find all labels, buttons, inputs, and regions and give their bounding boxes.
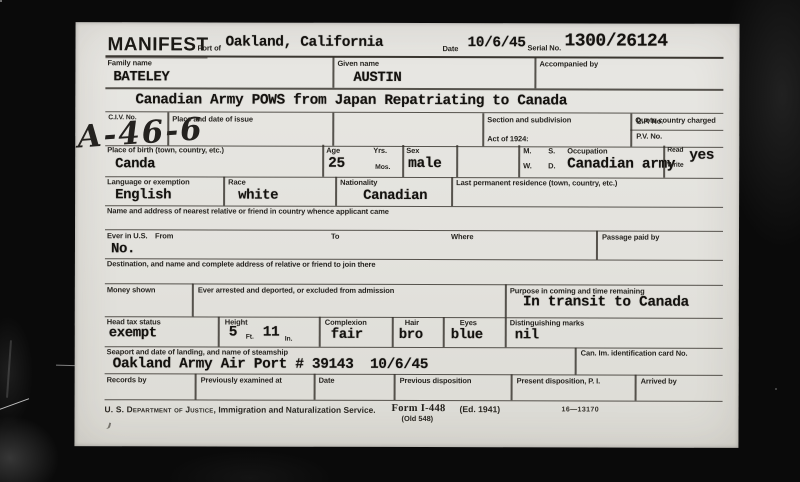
- language-value: English: [115, 187, 171, 203]
- marks-value: nil: [515, 327, 539, 343]
- complexion-value: fair: [331, 327, 363, 343]
- footer-agency-dept: U. S. Department of Justice,: [105, 404, 216, 414]
- hair-value: bro: [399, 327, 423, 343]
- footer-form-number: Form I-448: [392, 403, 446, 414]
- footer-print-code: 16—13170: [562, 406, 599, 413]
- footer-edition: (Ed. 1941): [460, 404, 501, 414]
- form-title: MANIFEST: [107, 34, 208, 56]
- read-write-value: yes: [689, 148, 714, 164]
- head-tax-value: exempt: [109, 325, 157, 341]
- nationality-value: Canadian: [363, 188, 427, 204]
- marks-label: Distinguishing marks: [510, 318, 584, 327]
- previous-disposition-label: Previous disposition: [400, 376, 472, 385]
- manifest-card: A-46-6 MANIFEST Port of Oakland, Califor…: [74, 22, 739, 448]
- ever-in-us-label: Ever in U.S.: [107, 231, 148, 240]
- place-issue-label: Place and date of issue: [172, 114, 253, 123]
- name-row: Family name BATELEY Given name AUSTIN Ac…: [105, 56, 723, 91]
- where-label: Where: [451, 232, 473, 241]
- destination-row: Destination, and name and complete addre…: [105, 258, 723, 286]
- arrested-label: Ever arrested and deported, or excluded …: [198, 285, 394, 295]
- date-value: 10/6/45: [467, 35, 525, 51]
- purpose-value: In transit to Canada: [523, 294, 689, 310]
- place-birth-label: Place of birth (town, country, etc.): [107, 145, 224, 154]
- given-name-label: Given name: [337, 59, 379, 68]
- height-ft-value: 5: [229, 325, 237, 341]
- ever-in-us-row: Ever in U.S. From To Where Passage paid …: [105, 229, 723, 261]
- mos-label: Mos.: [375, 164, 390, 171]
- read-label: Read: [667, 147, 683, 154]
- occupation-value: Canadian army: [567, 156, 675, 172]
- accompanied-by-label: Accompanied by: [539, 59, 598, 68]
- d-label: D.: [548, 161, 555, 170]
- date-label: Date: [442, 44, 458, 53]
- photo-background: A-46-6 MANIFEST Port of Oakland, Califor…: [0, 0, 800, 482]
- seaport-label: Seaport and date of landing, and name of…: [107, 347, 288, 356]
- act-1924-label: Act of 1924:: [487, 134, 528, 143]
- can-im-card-label: Can. Im. identification card No.: [581, 348, 688, 357]
- money-row: Money shown Ever arrested and deported, …: [105, 283, 723, 319]
- place-birth-value: Canda: [115, 156, 155, 172]
- printed-form-area: MANIFEST Port of Oakland, California Dat…: [104, 22, 723, 448]
- previously-examined-label: Previously examined at: [201, 375, 282, 384]
- sex-value: male: [408, 156, 441, 172]
- birth-row: Place of birth (town, country, etc.) Can…: [105, 144, 723, 179]
- given-name-value: AUSTIN: [353, 70, 401, 86]
- residence-label: Last permanent residence (town, country,…: [456, 178, 617, 187]
- age-label: Age: [326, 146, 340, 155]
- arrived-by-label: Arrived by: [641, 377, 677, 386]
- passage-paid-label: Passage paid by: [602, 233, 659, 242]
- sex-label: Sex: [406, 146, 419, 155]
- rp-no-label: R.P. No.: [636, 117, 663, 126]
- serial-value: 1300/26124: [564, 31, 667, 51]
- family-name-value: BATELEY: [113, 69, 169, 85]
- ever-in-us-value: No.: [111, 241, 135, 257]
- group-title: Canadian Army POWS from Japan Repatriati…: [135, 92, 567, 109]
- seaport-row: Seaport and date of landing, and name of…: [105, 346, 723, 376]
- relative-row: Name and address of nearest relative or …: [105, 205, 723, 232]
- race-value: white: [238, 188, 278, 204]
- money-shown-label: Money shown: [107, 285, 156, 294]
- records-by-label: Records by: [107, 375, 147, 384]
- relative-label: Name and address of nearest relative or …: [107, 206, 389, 216]
- port-label: Port of: [197, 43, 220, 52]
- civ-no-label: C.I.V. No.: [108, 114, 136, 121]
- nationality-label: Nationality: [340, 178, 377, 187]
- section-label: Section and subdivision: [487, 115, 571, 124]
- records-date-label: Date: [319, 376, 335, 385]
- film-dust-specks: [0, 0, 2, 2]
- write-label: Write: [667, 162, 683, 169]
- destination-label: Destination, and name and complete addre…: [107, 259, 376, 269]
- language-label: Language or exemption: [107, 177, 190, 186]
- film-scratch: [6, 340, 12, 398]
- s-label: S.: [548, 146, 555, 155]
- w-label: W.: [523, 161, 532, 170]
- race-label: Race: [228, 178, 246, 187]
- film-scratch: [0, 398, 29, 411]
- footer-old-number: (Old 548): [402, 414, 434, 423]
- present-disposition-label: Present disposition, P. I.: [517, 376, 601, 385]
- from-label: From: [155, 231, 173, 240]
- complexion-label: Complexion: [325, 318, 367, 327]
- eyes-label: Eyes: [460, 318, 477, 327]
- to-label: To: [331, 232, 339, 241]
- language-row: Language or exemption English Race white…: [105, 176, 723, 208]
- physical-row: Head tax status exempt Height 5 Ft. 11 I…: [105, 316, 723, 349]
- eyes-value: blue: [451, 327, 483, 343]
- footer-agency: U. S. Department of Justice, Immigration…: [105, 404, 376, 415]
- m-label: M.: [523, 146, 531, 155]
- seaport-value: Oakland Army Air Port # 39143 10/6/45: [113, 356, 429, 373]
- serial-label: Serial No.: [527, 43, 561, 52]
- records-row: Records by Previously examined at Date P…: [105, 373, 723, 402]
- family-name-label: Family name: [107, 58, 151, 67]
- ft-label: Ft.: [246, 334, 254, 341]
- port-value: Oakland, California: [225, 35, 383, 51]
- occupation-label: Occupation: [567, 146, 607, 155]
- footer-agency-service: Immigration and Naturalization Service.: [216, 405, 376, 415]
- in-label: In.: [285, 336, 293, 343]
- yrs-label: Yrs.: [373, 146, 387, 155]
- age-value: 25: [328, 156, 345, 172]
- civ-row: C.I.V. No. Place and date of issue Secti…: [105, 111, 723, 148]
- hair-label: Hair: [405, 318, 419, 327]
- pv-no-label: P.V. No.: [636, 132, 662, 141]
- height-in-value: 11: [263, 325, 280, 341]
